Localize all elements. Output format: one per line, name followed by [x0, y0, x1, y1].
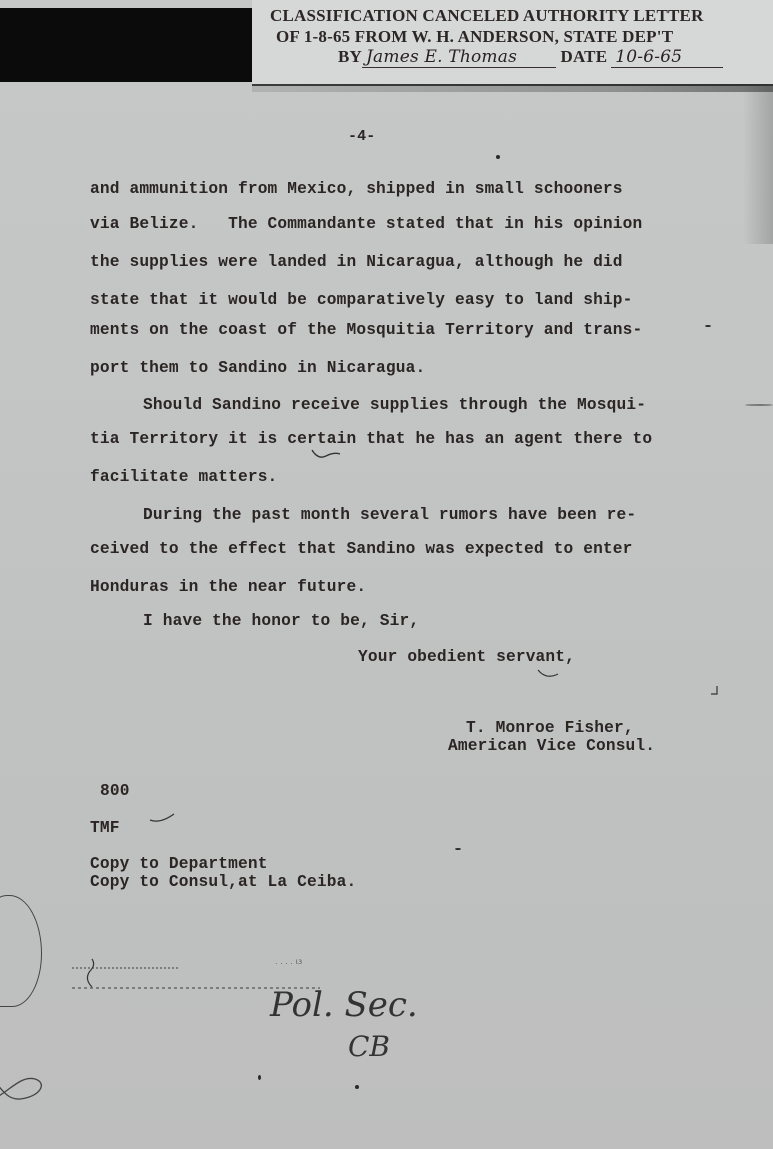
signer-title: American Vice Consul. [448, 737, 655, 755]
by-label: BY [338, 47, 362, 66]
body-line: state that it would be comparatively eas… [90, 291, 633, 309]
copy-smudge [252, 84, 773, 92]
stamp-line-1: CLASSIFICATION CANCELED AUTHORITY LETTER [270, 6, 704, 26]
declassification-stamp: CLASSIFICATION CANCELED AUTHORITY LETTER… [252, 0, 773, 86]
body-line: facilitate matters. [90, 468, 277, 486]
by-signature: James E. Thomas [362, 47, 556, 68]
stamp-line-2: OF 1-8-65 FROM W. H. ANDERSON, STATE DEP… [276, 27, 673, 47]
speck [705, 325, 711, 327]
copy-line: Copy to Department [90, 855, 268, 873]
date-label: DATE [560, 47, 607, 66]
body-line: via Belize. The Commandante stated that … [90, 215, 642, 233]
correction-mark [310, 446, 350, 462]
body-line: I have the honor to be, Sir, [143, 612, 419, 630]
typist-initials: TMF [90, 819, 120, 837]
body-line: tia Territory it is certain that he has … [90, 430, 652, 448]
pen-mark [148, 810, 178, 824]
svg-text:. . . . ɩɜ: . . . . ɩɜ [275, 957, 302, 966]
page-number: -4- [348, 128, 375, 145]
speck [496, 155, 500, 159]
body-line: ments on the coast of the Mosquitia Terr… [90, 321, 642, 339]
margin-loop-mark [0, 895, 42, 1007]
pen-mark [708, 684, 722, 698]
signer-name: T. Monroe Fisher, [466, 719, 634, 737]
page-edge-shadow [743, 84, 773, 244]
speck [745, 404, 773, 406]
handwritten-mark: CB [348, 1030, 390, 1063]
date-value: 10-6-65 [611, 47, 723, 68]
body-line: port them to Sandino in Nicaragua. [90, 359, 425, 377]
speck [455, 848, 461, 850]
body-line: ceived to the effect that Sandino was ex… [90, 540, 633, 558]
redaction-bar [0, 8, 252, 82]
stamp-line-3: BYJames E. Thomas DATE10-6-65 [338, 47, 723, 68]
body-line: the supplies were landed in Nicaragua, a… [90, 253, 623, 271]
closing: Your obedient servant, [358, 648, 575, 666]
correction-mark [536, 668, 566, 682]
margin-loop-mark [0, 1075, 50, 1105]
file-number: 800 [100, 782, 130, 800]
handwritten-note: Pol. Sec. [270, 985, 418, 1025]
speck [355, 1085, 359, 1089]
body-line: Honduras in the near future. [90, 578, 366, 596]
speck [258, 1075, 261, 1080]
body-line: Should Sandino receive supplies through … [143, 396, 646, 414]
copy-line: Copy to Consul,at La Ceiba. [90, 873, 356, 891]
body-line: During the past month several rumors hav… [143, 506, 636, 524]
body-line: and ammunition from Mexico, shipped in s… [90, 180, 623, 198]
